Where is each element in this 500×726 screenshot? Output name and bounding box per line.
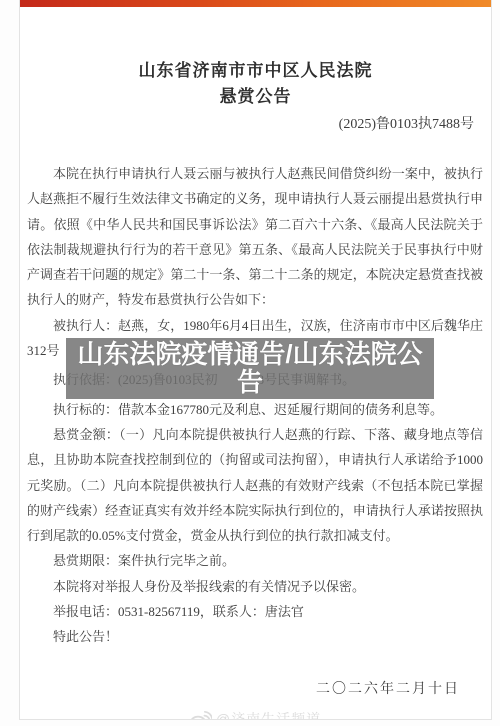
watermark: @济南生活频道	[20, 709, 491, 720]
closing-line: 特此公告！	[27, 624, 483, 649]
case-number: (2025)鲁0103执7488号	[20, 115, 491, 135]
issue-date: 二〇二六年二月十日	[20, 678, 491, 698]
announcement-body: 本院在执行申请执行人聂云丽与被执行人赵燕民间借贷纠纷一案中，被执行人赵燕拒不履行…	[20, 161, 491, 650]
reward-amount-paragraph: 悬赏金额：（一）凡向本院提供被执行人赵燕的行踪、下落、藏身地点等信息，且协助本院…	[27, 422, 483, 548]
watermark-handle: @济南生活频道	[216, 711, 321, 720]
hotline-line: 举报电话：0531-82567119，联系人：唐法官	[27, 599, 483, 624]
weibo-icon	[190, 710, 212, 720]
overlay-banner-line2: 告	[237, 367, 263, 397]
announcement-title: 悬赏公告	[20, 84, 491, 110]
court-name: 山东省济南市市中区人民法院	[20, 58, 491, 84]
overlay-banner-line1: 山东法院疫情通告/山东法院公	[77, 339, 422, 369]
accent-topbar	[20, 0, 491, 7]
execution-target-line: 执行标的：借款本金167780元及利息、迟延履行期间的债务利息等。	[27, 397, 483, 422]
intro-paragraph: 本院在执行申请执行人聂云丽与被执行人赵燕民间借贷纠纷一案中，被执行人赵燕拒不履行…	[27, 161, 483, 313]
overlay-banner: 山东法院疫情通告/山东法院公 告	[66, 338, 434, 399]
title-block: 山东省济南市市中区人民法院 悬赏公告	[20, 58, 491, 110]
screenshot-root: { "accent": { "topbar_left": "#c4291a", …	[0, 0, 500, 726]
reward-period-line: 悬赏期限：案件执行完毕之前。	[27, 548, 483, 573]
confidentiality-line: 本院将对举报人身份及举报线索的有关情况予以保密。	[27, 574, 483, 599]
